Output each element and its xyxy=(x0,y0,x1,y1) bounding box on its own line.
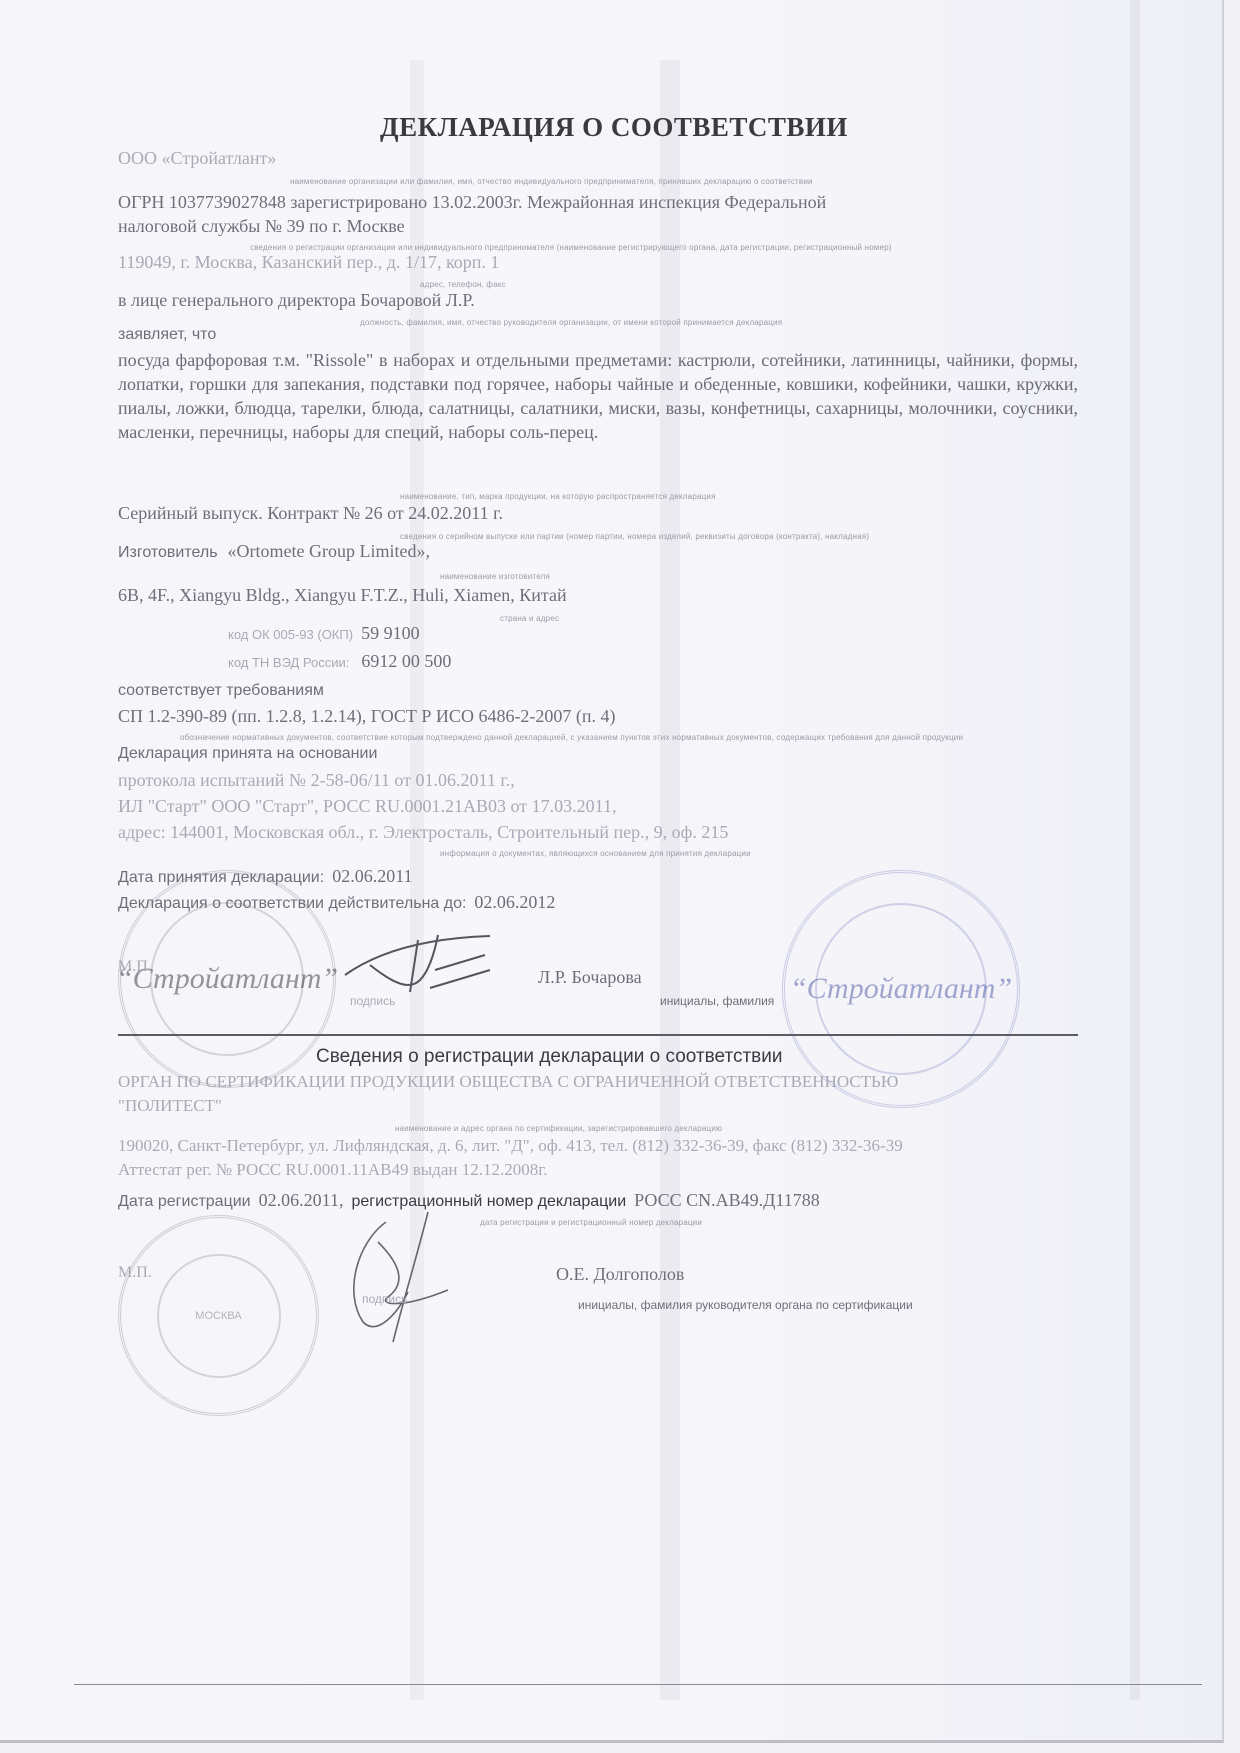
applicant-signer-caption: инициалы, фамилия xyxy=(660,994,774,1008)
okp-label: код ОК 005-93 (ОКП) xyxy=(228,627,353,642)
registration-date-label: Дата регистрации xyxy=(118,1193,251,1210)
registry-head-caption: инициалы, фамилия руководителя органа по… xyxy=(578,1298,913,1312)
manufacturer-label: Изготовитель xyxy=(118,544,218,561)
tnved-value: 6912 00 500 xyxy=(361,651,451,671)
product-description: посуда фарфоровая т.м. "Rissole" в набор… xyxy=(118,348,1078,444)
address-caption: адрес, телефон, факс xyxy=(420,280,506,289)
requirements-text: СП 1.2-390-89 (пп. 1.2.8, 1.2.14), ГОСТ … xyxy=(118,706,616,727)
round-stamp-text: “Стройатлант” xyxy=(790,972,1012,1006)
requirements-caption: обозначение нормативных документов, соот… xyxy=(180,733,963,742)
registration-number-row: Дата регистрации 02.06.2011, регистрацио… xyxy=(118,1190,820,1211)
tnved-label: код ТН ВЭД России: xyxy=(228,655,349,670)
registry-address: 190020, Санкт-Петербург, ул. Лифляндская… xyxy=(118,1136,903,1156)
tnved-code-row: код ТН ВЭД России: 6912 00 500 xyxy=(228,651,451,672)
batch-caption: сведения о серийном выпуске или партии (… xyxy=(400,532,869,541)
manufacturer-row: Изготовитель «Ortomete Group Limited», xyxy=(118,541,430,562)
applicant-name: ООО «Стройатлант» xyxy=(118,148,276,169)
basis-caption: информация о документах, являющихся осно… xyxy=(440,849,751,858)
registration-number-caption: дата регистрации и регистрационный номер… xyxy=(480,1218,702,1227)
registration-line-2: налоговой службы № 39 по г. Москве xyxy=(118,216,405,237)
registry-accreditation: Аттестат рег. № РОСС RU.0001.11АВ49 выда… xyxy=(118,1160,548,1180)
applicant-signature-caption: подпись xyxy=(350,994,395,1008)
registration-number-label: регистрационный номер декларации xyxy=(351,1193,626,1210)
registry-mp: М.П. xyxy=(118,1264,152,1282)
declares-label: заявляет, что xyxy=(118,326,216,344)
scan-streak xyxy=(1130,0,1140,1700)
manufacturer-caption: наименование изготовителя xyxy=(440,572,550,581)
basis-label: Декларация принята на основании xyxy=(118,745,377,763)
valid-until-value: 02.06.2012 xyxy=(474,892,555,912)
section-divider xyxy=(118,1034,1078,1036)
okp-code-row: код ОК 005-93 (ОКП) 59 9100 xyxy=(228,623,420,644)
basis-line-2: ИЛ "Старт" ООО "Старт", РОСС RU.0001.21А… xyxy=(118,796,616,817)
registry-signature-icon xyxy=(338,1212,478,1342)
registry-signature-caption: подпись xyxy=(362,1292,407,1306)
registration-caption: сведения о регистрации организации или и… xyxy=(250,243,892,252)
accepted-date-value: 02.06.2011 xyxy=(332,866,412,886)
registry-stamp: МОСКВА xyxy=(118,1215,319,1416)
applicant-name-caption: наименование организации или фамилия, им… xyxy=(290,177,813,186)
batch-info: Серийный выпуск. Контракт № 26 от 24.02.… xyxy=(118,503,503,524)
registration-date-value: 02.06.2011, xyxy=(259,1190,344,1210)
representative: в лице генерального директора Бочаровой … xyxy=(118,290,475,311)
basis-line-1: протокола испытаний № 2-58-06/11 от 01.0… xyxy=(118,770,515,791)
representative-caption: должность, фамилия, имя, отчество руково… xyxy=(360,318,782,327)
okp-value: 59 9100 xyxy=(361,623,420,643)
applicant-address: 119049, г. Москва, Казанский пер., д. 1/… xyxy=(118,252,499,273)
manufacturer-address: 6B, 4F., Xiangyu Bldg., Xiangyu F.T.Z., … xyxy=(118,585,567,606)
applicant-signature-icon xyxy=(340,930,500,1000)
requirements-label: соответствует требованиям xyxy=(118,682,324,700)
registration-body-caption: наименование и адрес органа по сертифика… xyxy=(395,1124,722,1133)
registration-number-value: РОСС CN.АВ49.Д11788 xyxy=(634,1190,820,1210)
registration-heading: Сведения о регистрации декларации о соот… xyxy=(316,1046,782,1068)
document-title: ДЕКЛАРАЦИЯ О СООТВЕТСТВИИ xyxy=(380,112,848,143)
registration-body-line-1: ОРГАН ПО СЕРТИФИКАЦИИ ПРОДУКЦИИ ОБЩЕСТВА… xyxy=(118,1072,898,1092)
product-caption: наименование, тип, марка продукции, на к… xyxy=(400,492,716,501)
applicant-signer-name: Л.Р. Бочарова xyxy=(538,967,642,988)
applicant-stamp: “Стройатлант” xyxy=(118,870,336,1088)
registry-stamp-text: МОСКВА xyxy=(195,1310,241,1322)
registry-head-name: О.Е. Долгополов xyxy=(556,1264,684,1285)
basis-line-3: адрес: 144001, Московская обл., г. Элект… xyxy=(118,822,728,843)
scan-streak xyxy=(660,60,680,1700)
manufacturer-name: «Ortomete Group Limited», xyxy=(228,541,430,561)
registration-body-line-2: "ПОЛИТЕСТ" xyxy=(118,1096,222,1116)
applicant-mp: М.П. xyxy=(118,958,152,976)
registration-line-1: ОГРН 1037739027848 зарегистрировано 13.0… xyxy=(118,192,826,213)
document-page: ДЕКЛАРАЦИЯ О СООТВЕТСТВИИ ООО «Стройатла… xyxy=(0,0,1224,1743)
manufacturer-address-caption: страна и адрес xyxy=(500,614,559,623)
bottom-scan-line xyxy=(74,1684,1202,1685)
